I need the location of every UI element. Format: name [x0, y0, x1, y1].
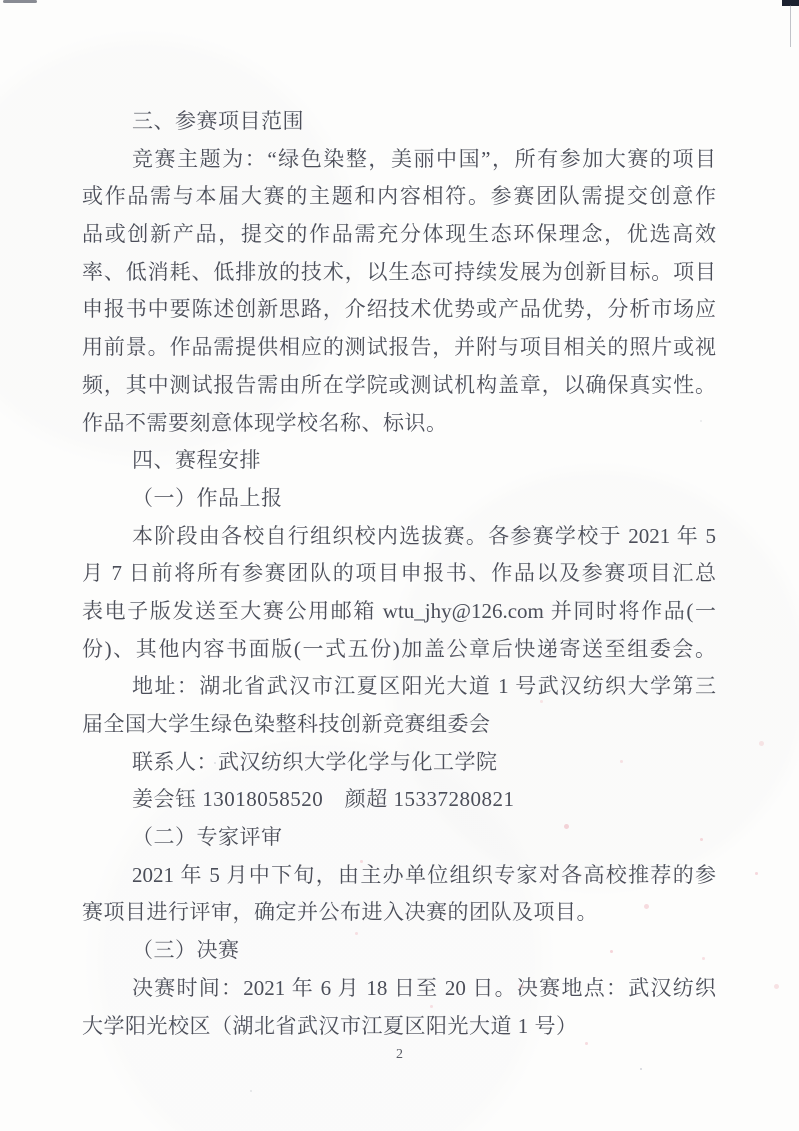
section-heading: 三、参赛项目范围 — [82, 103, 716, 141]
doc-line: 用前景。作品需提供相应的测试报告，并附与项目相关的照片或视 — [82, 329, 716, 367]
page-number: 2 — [0, 1047, 799, 1063]
doc-line-phones: 姜会钰 13018058520 颜超 15337280821 — [82, 781, 716, 819]
doc-line: 作品不需要刻意体现学校名称、标识。 — [82, 405, 716, 443]
doc-line-contact: 联系人：武汉纺织大学化学与化工学院 — [82, 744, 716, 782]
doc-line: 月 7 日前将所有参赛团队的项目申报书、作品以及参赛项目汇总 — [82, 555, 716, 593]
document-body: 三、参赛项目范围 竞赛主题为：“绿色染整，美丽中国”，所有参加大赛的项目 或作品… — [82, 103, 716, 1045]
subsection-heading: （二）专家评审 — [82, 819, 716, 857]
doc-line: 品或创新产品，提交的作品需充分体现生态环保理念，优选高效 — [82, 216, 716, 254]
doc-line: 竞赛主题为：“绿色染整，美丽中国”，所有参加大赛的项目 — [82, 141, 716, 179]
scan-speckles-gray — [0, 0, 2, 2]
doc-line: 或作品需与本届大赛的主题和内容相符。参赛团队需提交创意作 — [82, 178, 716, 216]
section-heading: 四、赛程安排 — [82, 442, 716, 480]
subsection-heading: （三）决赛 — [82, 932, 716, 970]
doc-line: 决赛时间：2021 年 6 月 18 日至 20 日。决赛地点：武汉纺织 — [82, 970, 716, 1008]
doc-line: 大学阳光校区（湖北省武汉市江夏区阳光大道 1 号） — [82, 1008, 716, 1046]
doc-line-email: 表电子版发送至大赛公用邮箱 wtu_jhy@126.com 并同时将作品(一 — [82, 593, 716, 631]
doc-line-address: 地址：湖北省武汉市江夏区阳光大道 1 号武汉纺织大学第三 — [82, 668, 716, 706]
doc-line: 本阶段由各校自行组织校内选拔赛。各参赛学校于 2021 年 5 — [82, 518, 716, 556]
doc-line: 申报书中要陈述创新思路，介绍技术优势或产品优势，分析市场应 — [82, 291, 716, 329]
doc-line: 届全国大学生绿色染整科技创新竞赛组委会 — [82, 706, 716, 744]
scan-artifact-right-edge-line — [790, 5, 791, 47]
doc-line: 频，其中测试报告需由所在学院或测试机构盖章，以确保真实性。 — [82, 367, 716, 405]
scanned-document-page: 三、参赛项目范围 竞赛主题为：“绿色染整，美丽中国”，所有参加大赛的项目 或作品… — [0, 0, 799, 1131]
doc-line: 率、低消耗、低排放的技术，以生态可持续发展为创新目标。项目 — [82, 254, 716, 292]
doc-line: 份)、其他内容书面版(一式五份)加盖公章后快递寄送至组委会。 — [82, 631, 716, 669]
subsection-heading: （一）作品上报 — [82, 480, 716, 518]
scan-artifact-top-left — [3, 0, 37, 3]
doc-line: 赛项目进行评审，确定并公布进入决赛的团队及项目。 — [82, 894, 716, 932]
doc-line: 2021 年 5 月中下旬，由主办单位组织专家对各高校推荐的参 — [82, 857, 716, 895]
